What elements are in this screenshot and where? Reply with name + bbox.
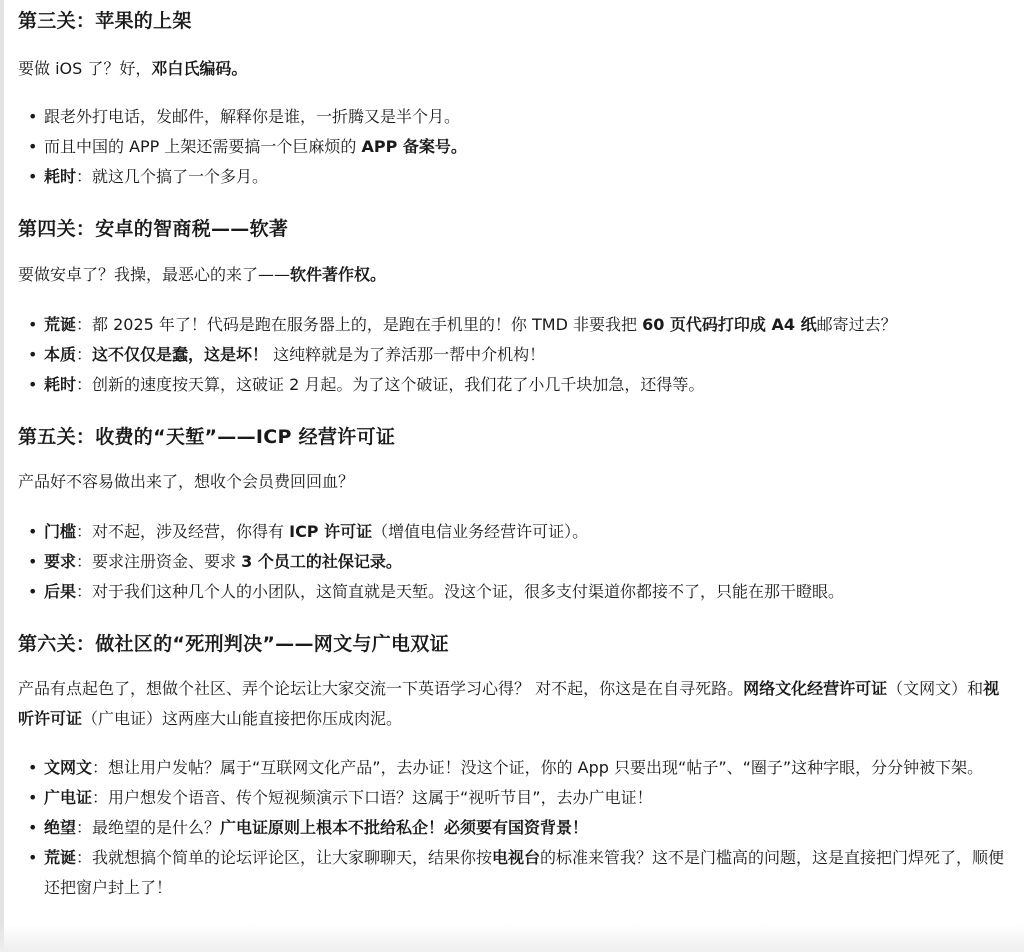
text-run: ：创新的速度按天算，这破证 2 月起。为了这个破证，我们花了小几千块加急，还得等… — [76, 375, 704, 394]
bullet-list: 门槛：对不起，涉及经营，你得有 ICP 许可证（增值电信业务经营许可证）。 要求… — [18, 517, 1018, 607]
text-run: ：最绝望的是什么？ — [76, 818, 220, 837]
text-run: ：都 2025 年了！代码是跑在服务器上的，是跑在手机里的！你 TMD 非要我把 — [76, 315, 642, 334]
text-run: ：想让用户发帖？属于“互联网文化产品”，去办证！没这个证，你的 App 只要出现… — [92, 758, 983, 777]
text-run: 要做 iOS 了？好， — [18, 59, 151, 78]
text-run: ： — [76, 345, 92, 364]
list-item: 门槛：对不起，涉及经营，你得有 ICP 许可证（增值电信业务经营许可证）。 — [18, 517, 1018, 547]
bold-text: 后果 — [44, 582, 76, 601]
text-run: 跟老外打电话，发邮件，解释你是谁，一折腾又是半个月。 — [44, 107, 460, 126]
list-item: 而且中国的 APP 上架还需要搞一个巨麻烦的 APP 备案号。 — [18, 132, 1008, 162]
bold-text: 这不仅仅是蠢，这是坏！ — [92, 345, 268, 364]
bold-text: ICP 许可证 — [289, 522, 372, 541]
text-run: 邮寄过去？ — [817, 315, 897, 334]
bold-text: 60 页代码打印成 A4 纸 — [642, 315, 817, 334]
text-run: 产品有点起色了，想做个社区、弄个论坛让大家交流一下英语学习心得？ 对不起，你这是… — [18, 679, 743, 698]
bold-text: 3 个员工的社保记录。 — [241, 552, 402, 571]
section-heading: 第四关：安卓的智商税——软著 — [18, 217, 288, 241]
bold-text: 耗时 — [44, 375, 76, 394]
bold-text: 本质 — [44, 345, 76, 364]
list-item: 荒诞：我就想搞个简单的论坛评论区，让大家聊聊天，结果你按电视台的标准来管我？这不… — [18, 843, 1018, 903]
bold-text: 广电证原则上根本不批给私企！必须要有国资背景！ — [220, 818, 588, 837]
text-run: ：就这几个搞了一个多月。 — [76, 167, 268, 186]
bold-text: 邓白氏编码。 — [151, 59, 247, 78]
list-item: 荒诞：都 2025 年了！代码是跑在服务器上的，是跑在手机里的！你 TMD 非要… — [18, 310, 1018, 340]
bold-text: 耗时 — [44, 167, 76, 186]
bold-text: 网络文化经营许可证 — [743, 679, 887, 698]
list-item: 跟老外打电话，发邮件，解释你是谁，一折腾又是半个月。 — [18, 102, 1008, 132]
text-run: ：对于我们这种几个人的小团队，这简直就是天堑。没这个证，很多支付渠道你都接不了，… — [76, 582, 844, 601]
list-item: 耗时：就这几个搞了一个多月。 — [18, 162, 1008, 192]
section-intro: 要做安卓了？我操，最恶心的来了——软件著作权。 — [18, 260, 386, 290]
list-item: 绝望：最绝望的是什么？广电证原则上根本不批给私企！必须要有国资背景！ — [18, 813, 1018, 843]
section-heading: 第六关：做社区的“死刑判决”——网文与广电双证 — [18, 632, 449, 656]
text-run: 而且中国的 APP 上架还需要搞一个巨麻烦的 — [44, 137, 362, 156]
bold-text: 绝望 — [44, 818, 76, 837]
bold-text: 荒诞 — [44, 848, 76, 867]
section-intro: 产品好不容易做出来了，想收个会员费回回血？ — [18, 467, 354, 497]
list-item: 本质：这不仅仅是蠢，这是坏！ 这纯粹就是为了养活那一帮中介机构！ — [18, 340, 1018, 370]
bold-text: 软件著作权。 — [290, 265, 386, 284]
text-run: ：对不起，涉及经营，你得有 — [76, 522, 289, 541]
text-run: （增值电信业务经营许可证）。 — [372, 522, 588, 541]
text-run: （广电证）这两座大山能直接把你压成肉泥。 — [82, 709, 402, 728]
section-level-4: 第四关：安卓的智商税——软著 要做安卓了？我操，最恶心的来了——软件著作权。 荒… — [18, 217, 288, 241]
list-item: 要求：要求注册资金、要求 3 个员工的社保记录。 — [18, 547, 1018, 577]
left-border-strip — [0, 0, 4, 952]
text-run: ：要求注册资金、要求 — [76, 552, 241, 571]
list-item: 后果：对于我们这种几个人的小团队，这简直就是天堑。没这个证，很多支付渠道你都接不… — [18, 577, 1018, 607]
bullet-list: 跟老外打电话，发邮件，解释你是谁，一折腾又是半个月。 而且中国的 APP 上架还… — [18, 102, 1008, 192]
section-intro: 要做 iOS 了？好，邓白氏编码。 — [18, 54, 247, 84]
bold-text: 广电证 — [44, 788, 92, 807]
text-run: 产品好不容易做出来了，想收个会员费回回血？ — [18, 472, 354, 491]
text-run: ：用户想发个语音、传个短视频演示下口语？这属于“视听节目”，去办广电证！ — [92, 788, 653, 807]
bold-text: 荒诞 — [44, 315, 76, 334]
text-run: ：我就想搞个简单的论坛评论区，让大家聊聊天，结果你按 — [76, 848, 492, 867]
text-run: 这纯粹就是为了养活那一帮中介机构！ — [268, 345, 545, 364]
bold-text: 电视台 — [492, 848, 540, 867]
section-intro: 产品有点起色了，想做个社区、弄个论坛让大家交流一下英语学习心得？ 对不起，你这是… — [18, 674, 1014, 734]
section-level-5: 第五关：收费的“天堑”——ICP 经营许可证 产品好不容易做出来了，想收个会员费… — [18, 425, 395, 449]
bullet-list: 文网文：想让用户发帖？属于“互联网文化产品”，去办证！没这个证，你的 App 只… — [18, 753, 1018, 903]
text-run: （文网文）和 — [887, 679, 983, 698]
section-heading: 第三关：苹果的上架 — [18, 9, 192, 33]
bold-text: 文网文 — [44, 758, 92, 777]
list-item: 广电证：用户想发个语音、传个短视频演示下口语？这属于“视听节目”，去办广电证！ — [18, 783, 1018, 813]
section-heading: 第五关：收费的“天堑”——ICP 经营许可证 — [18, 425, 395, 449]
list-item: 耗时：创新的速度按天算，这破证 2 月起。为了这个破证，我们花了小几千块加急，还… — [18, 370, 1018, 400]
bottom-fade — [0, 924, 1024, 952]
section-level-3: 第三关：苹果的上架 要做 iOS 了？好，邓白氏编码。 跟老外打电话，发邮件，解… — [18, 9, 192, 33]
bullet-list: 荒诞：都 2025 年了！代码是跑在服务器上的，是跑在手机里的！你 TMD 非要… — [18, 310, 1018, 400]
section-level-6: 第六关：做社区的“死刑判决”——网文与广电双证 产品有点起色了，想做个社区、弄个… — [18, 632, 449, 656]
list-item: 文网文：想让用户发帖？属于“互联网文化产品”，去办证！没这个证，你的 App 只… — [18, 753, 1018, 783]
text-run: 要做安卓了？我操，最恶心的来了—— — [18, 265, 290, 284]
bold-text: 门槛 — [44, 522, 76, 541]
bold-text: APP 备案号。 — [362, 137, 467, 156]
bold-text: 要求 — [44, 552, 76, 571]
